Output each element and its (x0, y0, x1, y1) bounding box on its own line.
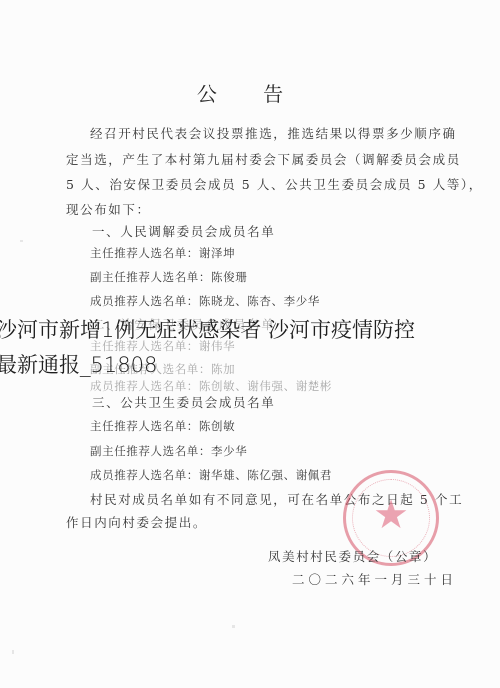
headline-line-2: 最新通报_51808 (0, 348, 500, 383)
section-3-line-1: 主任推荐人选名单：陈创敏 (90, 418, 235, 434)
intro-line-1: 经召开村民代表会议投票推选，推选结果以得票多少顺序确 (90, 124, 457, 142)
scanned-notice-page: 公 告 经召开村民代表会议投票推选，推选结果以得票多少顺序确 定当选，产生了本村… (0, 0, 500, 688)
headline-line-1: 沙河市新增1例无症状感染者 沙河市疫情防控 (0, 313, 500, 348)
star-icon: ★ (346, 495, 436, 535)
section-3-line-3: 成员推荐人选名单：谢华雄、陈亿强、谢佩君 (90, 467, 332, 483)
section-1-line-2: 副主任推荐人选名单：陈俊珊 (90, 269, 247, 285)
signature: 凤美村村民委员会（公章） (268, 547, 437, 565)
section-1-line-1: 主任推荐人选名单：谢泽坤 (90, 245, 235, 261)
intro-line-4: 现公布如下： (66, 200, 151, 218)
section-1-line-3: 成员推荐人选名单：陈晓龙、陈杏、李少华 (90, 293, 320, 309)
closing-line-2: 作日内向村委会提出。 (66, 513, 207, 531)
headline-overlay: 沙河市新增1例无症状感染者 沙河市疫情防控 最新通报_51808 (0, 313, 500, 383)
scan-speck (232, 625, 235, 628)
scan-speck (12, 650, 14, 654)
notice-date: 二〇二六年一月三十日 (292, 570, 457, 588)
scan-speck (20, 240, 23, 242)
section-3-line-2: 副主任推荐人选名单：李少华 (90, 443, 247, 459)
intro-line-2: 定当选，产生了本村第九届村委会下属委员会（调解委员会成员 (66, 150, 461, 168)
notice-title: 公 告 (0, 78, 500, 107)
intro-line-3: 5 人、治安保卫委员会成员 5 人、公共卫生委员会成员 5 人等）， (66, 175, 483, 193)
section-1-heading: 一、人民调解委员会成员名单 (92, 222, 275, 240)
section-3-heading: 三、公共卫生委员会成员名单 (92, 393, 275, 411)
